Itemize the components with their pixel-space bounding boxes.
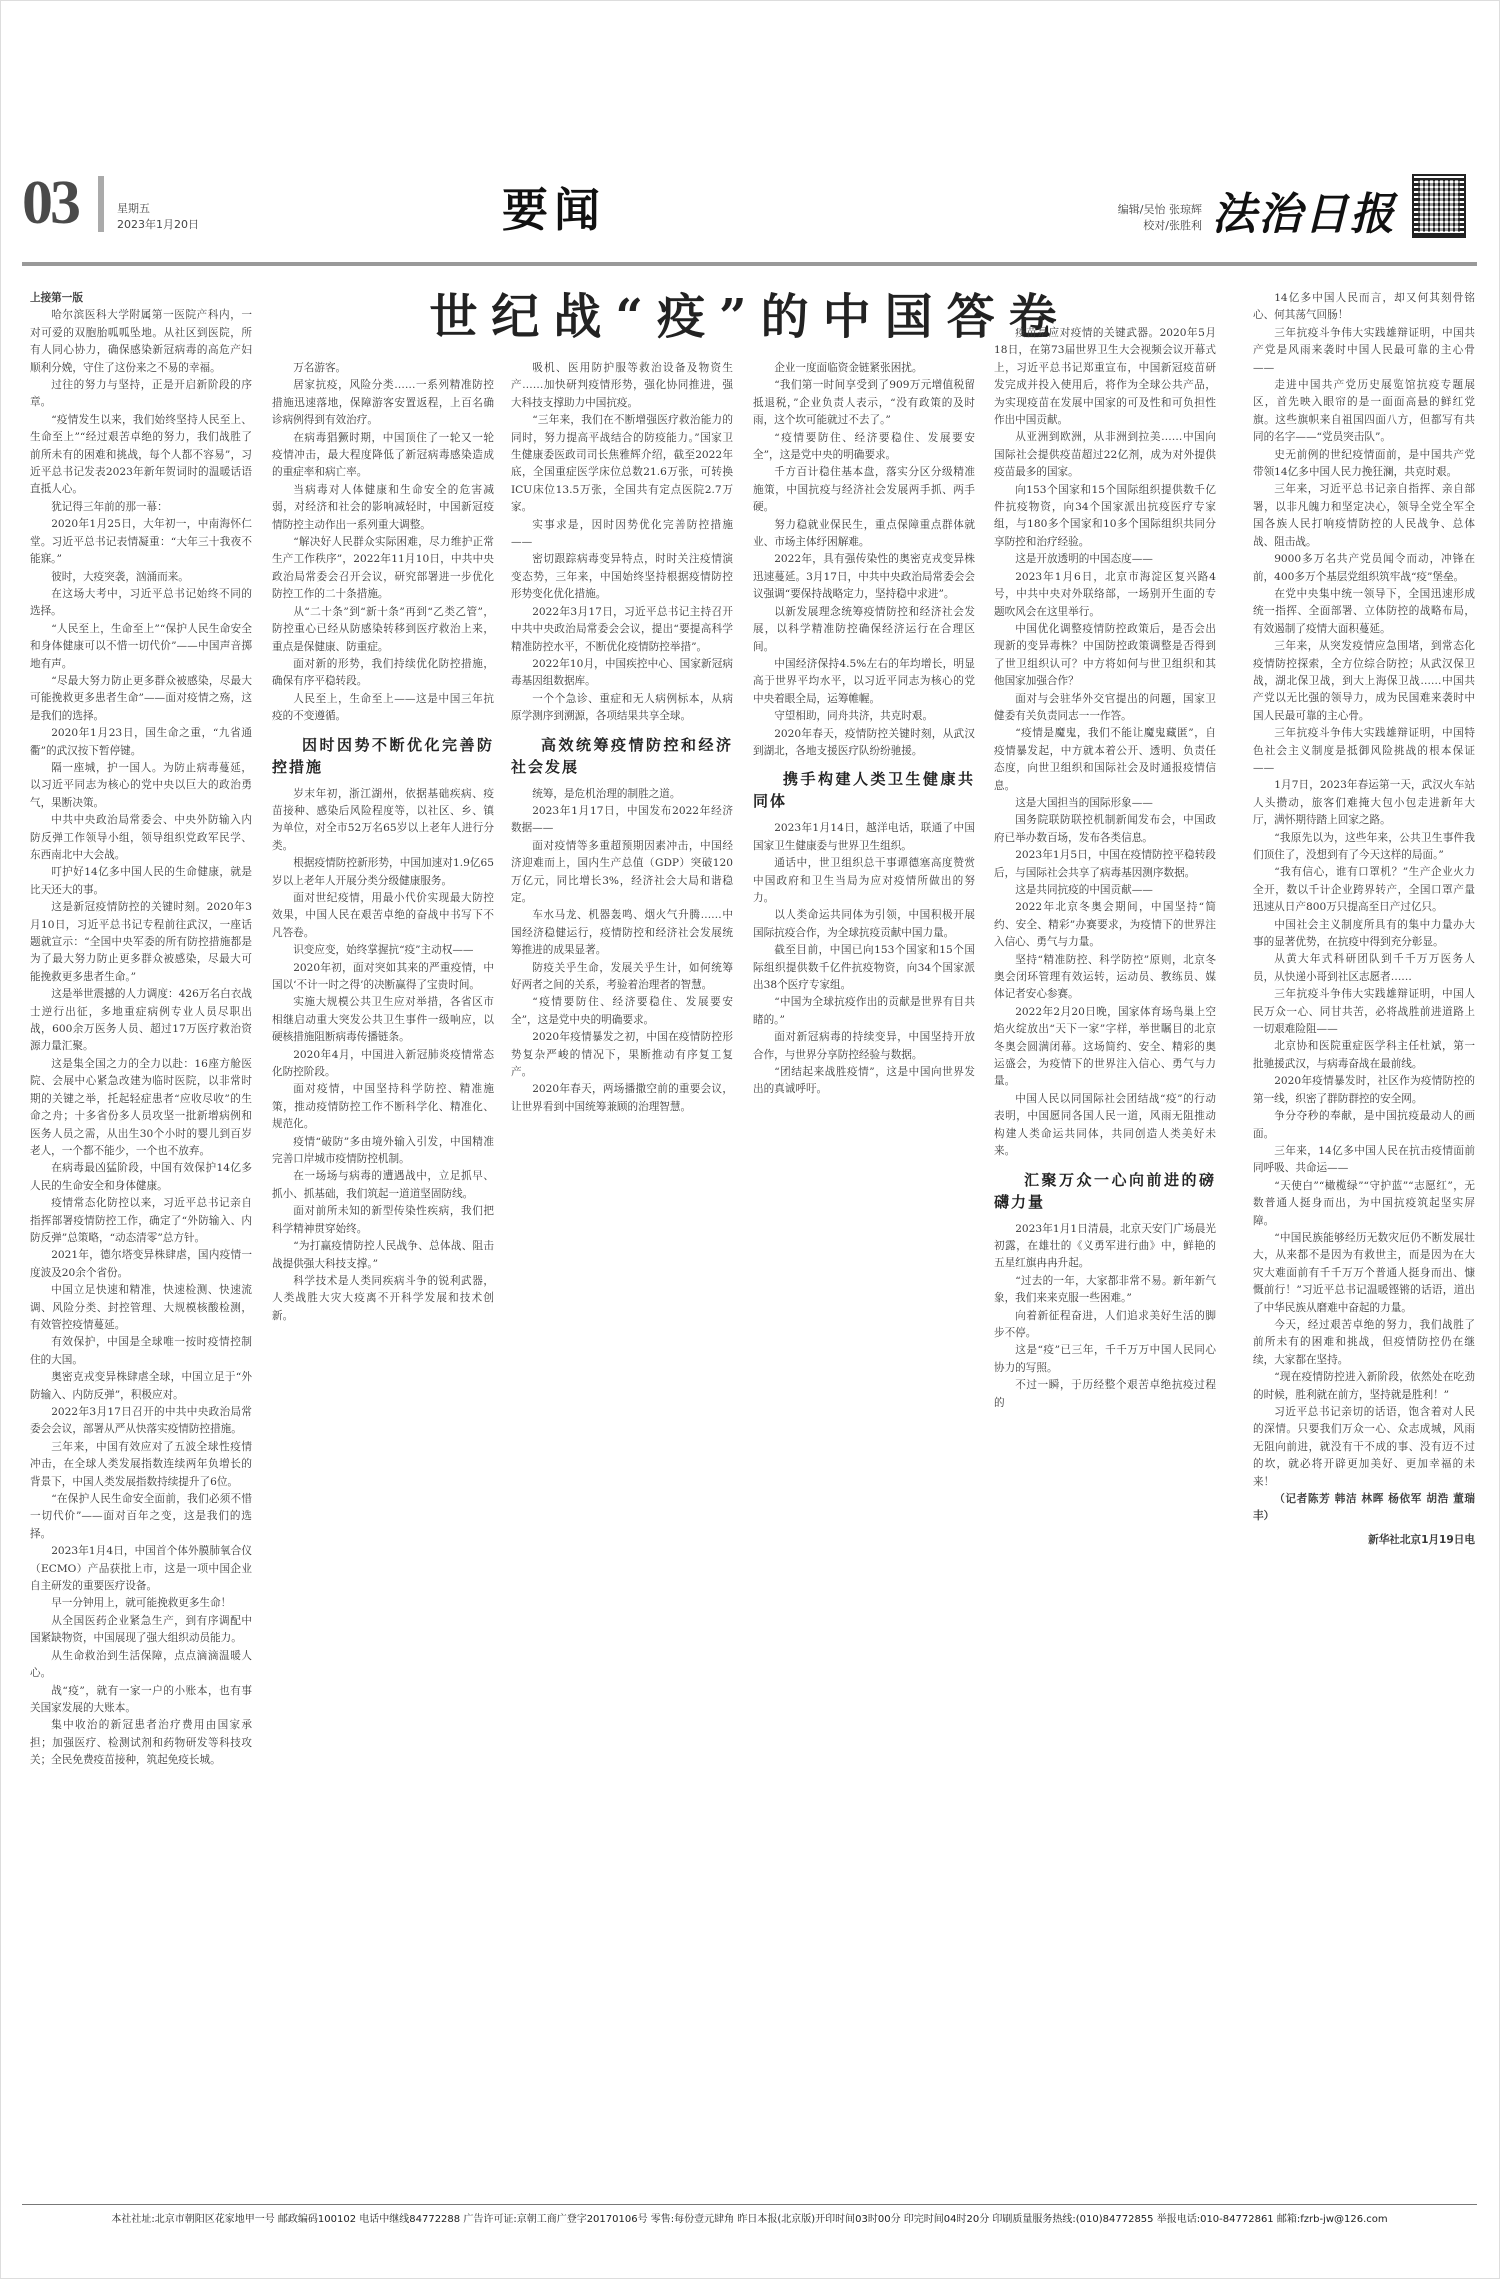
column-2: 万名游客。居家抗疫，风险分类……一系列精准防控措施迅速落地，保障游客安置返程，上… xyxy=(272,360,494,2190)
paragraph: 车水马龙、机器轰鸣、烟火气升腾……中国经济稳健运行，疫情防控和经济社会发展统筹推… xyxy=(511,907,733,959)
paragraph: “疫情要防住、经济要稳住、发展要安全”，这是党中央的明确要求。 xyxy=(753,430,975,465)
paragraph: 向着新征程奋进，人们追求美好生活的脚步不停。 xyxy=(994,1308,1216,1343)
column-3: 吸机、医用防护服等救治设备及物资生产……加快研判疫情形势，强化协同推进，强大科技… xyxy=(511,360,733,2190)
paragraph: “天使白”“橄榄绿”“守护蓝”“志愿红”，无数普通人挺身而出，为中国抗疫筑起坚实… xyxy=(1253,1178,1475,1230)
paragraph: “人民至上，生命至上”“保护人民生命安全和身体健康可以不惜一切代价”——中国声音… xyxy=(30,621,252,673)
paragraph: “三年来，我们在不断增强医疗救治能力的同时，努力提高平战结合的防疫能力。”国家卫… xyxy=(511,412,733,516)
paragraph: 三年来，中国有效应对了五波全球性疫情冲击，在全球人类发展指数连续两年负增长的背景… xyxy=(30,1439,252,1491)
paragraph: 三年抗疫斗争伟大实践雄辩证明，中国特色社会主义制度是抵御风险挑战的根本保证—— xyxy=(1253,725,1475,777)
paragraph: 面对新冠病毒的持续变异，中国坚持开放合作，与世界分享防控经验与数据。 xyxy=(753,1029,975,1064)
paragraph: 识变应变，始终掌握抗“疫”主动权—— xyxy=(272,942,494,959)
paragraph: 中国经济保持4.5%左右的年均增长，明显高于世界平均水平，以习近平同志为核心的党… xyxy=(753,656,975,708)
paragraph: 有效保护，中国是全球唯一按时疫情控制住的大国。 xyxy=(30,1334,252,1369)
paragraph: 面对疫情，中国坚持科学防控、精准施策，推动疫情防控工作不断科学化、精准化、规范化… xyxy=(272,1081,494,1133)
paragraph: 过往的努力与坚持，正是开启新阶段的序章。 xyxy=(30,377,252,412)
news-dateline: 新华社北京1月19日电 xyxy=(1253,1532,1475,1549)
paragraph: 战“疫”，就有一家一户的小账本，也有事关国家发展的大账本。 xyxy=(30,1683,252,1718)
paragraph: 科学技术是人类同疾病斗争的锐利武器，人类战胜大灾大疫离不开科学发展和技术创新。 xyxy=(272,1273,494,1325)
paragraph: 中国立足快速和精准，快速检测、快速流调、风险分类、封控管理、大规模核酸检测，有效… xyxy=(30,1282,252,1334)
paragraph: 从“二十条”到“新十条”再到“乙类乙管”，防控重心已经从防感染转移到医疗救治上来… xyxy=(272,604,494,656)
paragraph: 从亚洲到欧洲，从非洲到拉美……中国向国际社会提供疫苗超过22亿剂，成为对外提供疫… xyxy=(994,429,1216,481)
paragraph: 三年来，习近平总书记亲自指挥、亲自部署，以非凡魄力和坚定决心，领导全党全军全国各… xyxy=(1253,481,1475,551)
paragraph: 2020年初，面对突如其来的严重疫情，中国以‘不计一时之得’的决断赢得了宝贵时间… xyxy=(272,960,494,995)
paragraph: 这是“疫”已三年，千千万万中国人民同心协力的写照。 xyxy=(994,1342,1216,1377)
proofreader: 校对/张胜利 xyxy=(1022,218,1202,234)
paragraph: 疫情常态化防控以来，习近平总书记亲自指挥部署疫情防控工作，确定了“外防输入、内防… xyxy=(30,1195,252,1247)
paragraph: 守望相助，同舟共济，共克时艰。 xyxy=(753,708,975,725)
paragraph: 2020年春天，疫情防控关键时刻，从武汉到湖北，各地支援医疗队纷纷驰援。 xyxy=(753,726,975,761)
paragraphs: 统筹，是危机治理的制胜之道。2023年1月17日，中国发布2022年经济数据——… xyxy=(511,786,733,1117)
paragraph: 2020年1月25日，大年初一，中南海怀仁堂。习近平总书记表情凝重：“大年三十我… xyxy=(30,516,252,568)
paragraph: “疫情是魔鬼，我们不能让魔鬼藏匿”，自疫情暴发起，中方就本着公开、透明、负责任态… xyxy=(994,725,1216,795)
column-5: 疫苗是应对疫情的关键武器。2020年5月18日，在第73届世界卫生大会视频会议开… xyxy=(994,325,1216,2190)
paragraph: “中国民族能够经历无数灾厄仍不断发展壮大，从来都不是因为有救世主，而是因为在大灾… xyxy=(1253,1230,1475,1317)
paragraph: 截至目前，中国已向153个国家和15个国际组织提供数千亿件抗疫物资，向34个国家… xyxy=(753,942,975,994)
paragraph: 居家抗疫，风险分类……一系列精准防控措施迅速落地，保障游客安置返程，上百名确诊病… xyxy=(272,377,494,429)
paragraph: 2020年疫情暴发之初，中国在疫情防控形势复杂严峻的情况下，果断推动有序复工复产… xyxy=(511,1029,733,1081)
editor-credits: 编辑/吴怡 张琼辉 校对/张胜利 xyxy=(1022,202,1202,234)
paragraph: 2022年北京冬奥会期间，中国坚持“简约、安全、精彩”办赛要求，为疫情下的世界注… xyxy=(994,899,1216,951)
reporter-byline: （记者陈芳 韩洁 林晖 杨依军 胡浩 董瑞丰） xyxy=(1253,1491,1475,1526)
paragraph: 2022年，具有强传染性的奥密克戎变异株迅速蔓延。3月17日，中共中央政治局常委… xyxy=(753,551,975,603)
paragraphs: 万名游客。居家抗疫，风险分类……一系列精准防控措施迅速落地，保障游客安置返程，上… xyxy=(272,360,494,726)
paragraph: 以人类命运共同体为引领，中国积极开展国际抗疫合作，为全球抗疫贡献中国力量。 xyxy=(753,907,975,942)
paragraph: 奥密克戎变异株肆虐全球，中国立足于“外防输入、内防反弹”，积极应对。 xyxy=(30,1369,252,1404)
paragraph: 彼时，大疫突袭，汹涌而来。 xyxy=(30,569,252,586)
section-title: 要闻 xyxy=(502,174,606,240)
paragraph: 在病毒猖獗时期，中国顶住了一轮又一轮疫情冲击，最大程度降低了新冠病毒感染造成的重… xyxy=(272,430,494,482)
paragraph: 疫苗是应对疫情的关键武器。2020年5月18日，在第73届世界卫生大会视频会议开… xyxy=(994,325,1216,429)
paragraph: 企业一度面临资金链紧张困扰。 xyxy=(753,360,975,377)
paragraph: 哈尔滨医科大学附属第一医院产科内，一对可爱的双胞胎呱呱坠地。从社区到医院，所有人… xyxy=(30,307,252,377)
paragraph: 2021年，德尔塔变异株肆虐，国内疫情一度波及20余个省份。 xyxy=(30,1247,252,1282)
masthead-logo: 法治日报 xyxy=(1212,178,1396,242)
paragraph: “我们第一时间享受到了909万元增值税留抵退税，”企业负责人表示，“没有政策的及… xyxy=(753,377,975,429)
paragraph: 2020年疫情暴发时，社区作为疫情防控的第一线，织密了群防群控的安全网。 xyxy=(1253,1073,1475,1108)
paragraph: 千方百计稳住基本盘，落实分区分级精准施策，中国抗疫与经济社会发展两手抓、两手硬。 xyxy=(753,464,975,516)
paragraph: 疫情“破防”多由境外输入引发，中国精准完善口岸城市疫情防控机制。 xyxy=(272,1134,494,1169)
paragraph: 2020年1月23日，国生命之重，“九省通衢”的武汉按下暂停键。 xyxy=(30,725,252,760)
page-number: 03 xyxy=(22,172,78,234)
paragraph: 在党中央集中统一领导下，全国迅速形成统一指挥、全面部署、立体防控的战略布局，有效… xyxy=(1253,586,1475,638)
paragraph: 三年抗疫斗争伟大实践雄辩证明，中国人民万众一心、同甘共苦，必将战胜前进道路上一切… xyxy=(1253,986,1475,1038)
paragraph: 2020年春天，两场播撒空前的重要会议，让世界看到中国统筹兼顾的治理智慧。 xyxy=(511,1081,733,1116)
paragraph: 统筹，是危机治理的制胜之道。 xyxy=(511,786,733,803)
paragraph: 当病毒对人体健康和生命安全的危害减弱，对经济和社会的影响减轻时，中国新冠疫情防控… xyxy=(272,482,494,534)
paragraph: 走进中国共产党历史展览馆抗疫专题展区，首先映入眼帘的是一面面高悬的鲜红党旗。这些… xyxy=(1253,377,1475,447)
paragraph: 根据疫情防控新形势，中国加速对1.9亿65岁以上老年人开展分类分级健康服务。 xyxy=(272,855,494,890)
paragraphs: 岁末年初，浙江湖州，依据基础疾病、疫苗接种、感染后风险程度等，以社区、乡、镇为单… xyxy=(272,786,494,1326)
paragraph: 14亿多中国人民而言，却又何其刻骨铭心、何其荡气回肠！ xyxy=(1253,290,1475,325)
paragraph: 犹记得三年前的那一幕： xyxy=(30,499,252,516)
paragraph: 中国社会主义制度所具有的集中力量办大事的显著优势，在抗疫中得到充分彰显。 xyxy=(1253,917,1475,952)
paragraph: 中国优化调整疫情防控政策后，是否会出现新的变异毒株？中国防控政策调整是否得到了世… xyxy=(994,621,1216,691)
paragraph: “过去的一年，大家都非常不易。新年新气象，我们来来克服一些困难。” xyxy=(994,1273,1216,1308)
paragraph: 2023年1月17日，中国发布2022年经济数据—— xyxy=(511,803,733,838)
paragraph: 2023年1月6日，北京市海淀区复兴路4号，中共中央对外联络部，一场别开生面的专… xyxy=(994,569,1216,621)
paragraph: 防疫关乎生命，发展关乎生计，如何统筹好两者之间的关系，考验着治理者的智慧。 xyxy=(511,960,733,995)
paragraph: 2023年1月1日清晨，北京天安门广场晨光初露，在雄壮的《义勇军进行曲》中，鲜艳… xyxy=(994,1221,1216,1273)
paragraphs: 疫苗是应对疫情的关键武器。2020年5月18日，在第73届世界卫生大会视频会议开… xyxy=(994,325,1216,1161)
paragraph: “我原先以为，这些年来，公共卫生事件我们顶住了，没想到有了今天这样的局面。” xyxy=(1253,830,1475,865)
paragraph: 面对新的形势，我们持续优化防控措施，确保有序平稳转段。 xyxy=(272,656,494,691)
paragraph: 这是举世震撼的人力调度：426万名白衣战士逆行出征，多地重症病例专业人员尽职出战… xyxy=(30,986,252,1056)
paragraph: 中共中央政治局常委会、中央外防输入内防反弹工作领导小组，领导组织党政军民学、东西… xyxy=(30,812,252,864)
paragraph: 岁末年初，浙江湖州，依据基础疾病、疫苗接种、感染后风险程度等，以社区、乡、镇为单… xyxy=(272,786,494,856)
paragraph: “为打赢疫情防控人民战争、总体战、阻击战提供强大科技支撑。” xyxy=(272,1238,494,1273)
page-header: 03 星期五 2023年1月20日 要闻 编辑/吴怡 张琼辉 校对/张胜利 法治… xyxy=(22,170,1477,250)
paragraph: 人民至上，生命至上——这是中国三年抗疫的不变遵循。 xyxy=(272,691,494,726)
paragraph: “中国为全球抗疫作出的贡献是世界有目共睹的。” xyxy=(753,994,975,1029)
paragraph: 2022年10月，中国疾控中心、国家新冠病毒基因组数据库。 xyxy=(511,656,733,691)
paragraph: 2022年3月17日，习近平总书记主持召开中共中央政治局常委会会议，提出“要提高… xyxy=(511,604,733,656)
paragraph: 北京协和医院重症医学科主任杜斌，第一批驰援武汉，与病毒奋战在最前线。 xyxy=(1253,1038,1475,1073)
paragraph: 这是开放透明的中国态度—— xyxy=(994,551,1216,568)
paragraphs: 2023年1月1日清晨，北京天安门广场晨光初露，在雄壮的《义勇军进行曲》中，鲜艳… xyxy=(994,1221,1216,1412)
paragraph: “疫情发生以来，我们始终坚持人民至上、生命至上”“经过艰苦卓绝的努力，我们战胜了… xyxy=(30,412,252,499)
paragraph: 向153个国家和15个国际组织提供数千亿件抗疫物资，向34个国家派出抗疫医疗专家… xyxy=(994,482,1216,552)
paragraph: 这是新冠疫情防控的关键时刻。2020年3月10日，习近平总书记专程前往武汉，一座… xyxy=(30,899,252,986)
paragraph: “疫情要防住、经济要稳住、发展要安全”，这是党中央的明确要求。 xyxy=(511,994,733,1029)
paragraph: 2023年1月4日，中国首个体外膜肺氧合仪（ECMO）产品获批上市，这是一项中国… xyxy=(30,1543,252,1595)
column-6: 14亿多中国人民而言，却又何其刻骨铭心、何其荡气回肠！三年抗疫斗争伟大实践雄辩证… xyxy=(1253,290,1475,2190)
paragraph: 努力稳就业保民生，重点保障重点群体就业、市场主体纾困解难。 xyxy=(753,517,975,552)
continued-from-label: 上接第一版 xyxy=(30,290,252,307)
paragraph: 叮护好14亿多中国人民的生命健康，就是比天还大的事。 xyxy=(30,864,252,899)
weekday: 星期五 xyxy=(117,200,150,216)
paragraphs: 吸机、医用防护服等救治设备及物资生产……加快研判疫情形势，强化协同推进，强大科技… xyxy=(511,360,733,726)
paragraph: 面对疫情等多重超预期因素冲击，中国经济迎难而上，国内生产总值（GDP）突破120… xyxy=(511,838,733,908)
paragraph: 这是共同抗疫的中国贡献—— xyxy=(994,882,1216,899)
paragraph: 2023年1月5日，中国在疫情防控平稳转段后，与国际社会共享了病毒基因测序数据。 xyxy=(994,847,1216,882)
paragraph: “团结起来战胜疫情”，这是中国向世界发出的真诚呼吁。 xyxy=(753,1064,975,1099)
paragraph: 2023年1月14日，越洋电话，联通了中国国家卫生健康委与世界卫生组织。 xyxy=(753,820,975,855)
qr-code-icon[interactable] xyxy=(1412,174,1466,238)
paragraph: 三年来，从突发疫情应急围堵，到常态化疫情防控探索，全方位综合防控；从武汉保卫战，… xyxy=(1253,638,1475,725)
paragraph: 在一场场与病毒的遭遇战中，立足抓早、抓小、抓基础，我们筑起一道道坚固防线。 xyxy=(272,1168,494,1203)
paragraphs: 14亿多中国人民而言，却又何其刻骨铭心、何其荡气回肠！三年抗疫斗争伟大实践雄辩证… xyxy=(1253,290,1475,1491)
subheading-economy: 高效统筹疫情防控和经济社会发展 xyxy=(511,734,733,778)
paragraph: 密切跟踪病毒变异特点，时时关注疫情演变态势，三年来，中国始终坚持根据疫情防控形势… xyxy=(511,551,733,603)
paragraph: 史无前例的世纪疫情面前，是中国共产党带领14亿多中国人民力挽狂澜，共克时艰。 xyxy=(1253,447,1475,482)
paragraph: 9000多万名共产党员闻令而动，冲锋在前，400多万个基层党组织筑牢战“疫”堡垒… xyxy=(1253,551,1475,586)
paragraph: 三年来，14亿多中国人民在抗击疫情面前同呼吸、共命运—— xyxy=(1253,1143,1475,1178)
paragraph: 在这场大考中，习近平总书记始终不同的选择。 xyxy=(30,586,252,621)
paragraph: 这是大国担当的国际形象—— xyxy=(994,795,1216,812)
paragraph: 这是集全国之力的全力以赴：16座方舱医院、会展中心紧急改建为临时医院，以非常时期… xyxy=(30,1056,252,1160)
column-1: 上接第一版 哈尔滨医科大学附属第一医院产科内，一对可爱的双胞胎呱呱坠地。从社区到… xyxy=(30,290,252,2190)
paragraph: 面对与会驻华外交官提出的问题，国家卫健委有关负责同志一一作答。 xyxy=(994,691,1216,726)
paragraph: 1月7日，2023年春运第一天，武汉火车站人头攒动，旅客们难掩大包小包走进新年大… xyxy=(1253,777,1475,829)
subheading-global-health: 携手构建人类卫生健康共同体 xyxy=(753,768,975,812)
paragraph: “在保护人民生命安全面前，我们必须不惜一切代价”——面对百年之变，这是我们的选择… xyxy=(30,1491,252,1543)
footer-rule xyxy=(22,2204,1477,2205)
paragraph: 通话中，世卫组织总干事谭德塞高度赞赏中国政府和卫生当局为应对疫情所做出的努力。 xyxy=(753,855,975,907)
paragraph: 2020年4月，中国进入新冠肺炎疫情常态化防控阶段。 xyxy=(272,1047,494,1082)
paragraph: 从生命救治到生活保障，点点滴滴温暖人心。 xyxy=(30,1648,252,1683)
paragraph: 早一分钟用上，就可能挽救更多生命！ xyxy=(30,1595,252,1612)
publisher-footer: 本社社址:北京市朝阳区花家地甲一号 邮政编码100102 电话中继线847722… xyxy=(22,2210,1477,2225)
subheading-optimize-measures: 因时因势不断优化完善防控措施 xyxy=(272,734,494,778)
paragraph: 在病毒最凶猛阶段，中国有效保护14亿多人民的生命安全和身体健康。 xyxy=(30,1160,252,1195)
paragraph: 争分夺秒的奉献，是中国抗疫最动人的画面。 xyxy=(1253,1108,1475,1143)
paragraph: “现在疫情防控进入新阶段，依然处在吃劲的时候，胜利就在前方，坚持就是胜利！” xyxy=(1253,1369,1475,1404)
paragraph: 不过一瞬，于历经整个艰苦卓绝抗疫过程的 xyxy=(994,1377,1216,1412)
paragraph: 以新发展理念统筹疫情防控和经济社会发展，以科学精准防控确保经济运行在合理区间。 xyxy=(753,604,975,656)
paragraph: 吸机、医用防护服等救治设备及物资生产……加快研判疫情形势，强化协同推进，强大科技… xyxy=(511,360,733,412)
paragraph: 万名游客。 xyxy=(272,360,494,377)
header-rule xyxy=(22,262,1477,266)
paragraph: 从全国医药企业紧急生产，到有序调配中国紧缺物资，中国展现了强大组织动员能力。 xyxy=(30,1613,252,1648)
paragraph: 面对世纪疫情，用最小代价实现最大防控效果，中国人民在艰苦卓绝的奋战中书写下不凡答… xyxy=(272,890,494,942)
paragraph: 习近平总书记亲切的话语，饱含着对人民的深情。只要我们万众一心、众志成城，风雨无阻… xyxy=(1253,1404,1475,1491)
issue-date: 2023年1月20日 xyxy=(117,216,199,232)
column-4: 企业一度面临资金链紧张困扰。“我们第一时间享受到了909万元增值税留抵退税，”企… xyxy=(753,360,975,2190)
paragraph: 今天，经过艰苦卓绝的努力，我们战胜了前所未有的困难和挑战，但疫情防控仍在继续，大… xyxy=(1253,1317,1475,1369)
paragraphs: 企业一度面临资金链紧张困扰。“我们第一时间享受到了909万元增值税留抵退税，”企… xyxy=(753,360,975,760)
paragraph: 2022年2月20日晚，国家体育场鸟巢上空焰火绽放出“天下一家”字样，举世瞩目的… xyxy=(994,1004,1216,1091)
paragraph: 一个个急诊、重症和无人病例标本，从病原学测序到溯源，各项结果共享全球。 xyxy=(511,691,733,726)
subheading-unity: 汇聚万众一心向前进的磅礴力量 xyxy=(994,1169,1216,1213)
paragraph: 面对前所未知的新型传染性疾病，我们把科学精神贯穿始终。 xyxy=(272,1203,494,1238)
paragraph: “解决好人民群众实际困难，尽力维护正常生产工作秩序”，2022年11月10日，中… xyxy=(272,534,494,604)
paragraphs: 哈尔滨医科大学附属第一医院产科内，一对可爱的双胞胎呱呱坠地。从社区到医院，所有人… xyxy=(30,307,252,1769)
paragraph: 坚持“精准防控、科学防控”原则，北京冬奥会闭环管理有效运转，运动员、教练员、媒体… xyxy=(994,952,1216,1004)
paragraph: 实事求是，因时因势优化完善防控措施—— xyxy=(511,517,733,552)
paragraph: 2022年3月17日召开的中共中央政治局常委会会议，部署从严从快落实疫情防控措施… xyxy=(30,1404,252,1439)
paragraph: 三年抗疫斗争伟大实践雄辩证明，中国共产党是风雨来袭时中国人民最可靠的主心骨—— xyxy=(1253,325,1475,377)
paragraph: 国务院联防联控机制新闻发布会，中国政府已举办数百场，发布各类信息。 xyxy=(994,812,1216,847)
paragraph: “我有信心，谁有口罩机？”生产企业火力全开，数以千计企业跨界转产，全国口罩产量迅… xyxy=(1253,864,1475,916)
paragraphs: 2023年1月14日，越洋电话，联通了中国国家卫生健康委与世界卫生组织。通话中，… xyxy=(753,820,975,1099)
paragraph: 从黄大年式科研团队到千千万万医务人员，从快递小哥到社区志愿者…… xyxy=(1253,951,1475,986)
paragraph: 中国人民以同国际社会团结战“疫”的行动表明，中国愿同各国人民一道，风雨无阻推动构… xyxy=(994,1091,1216,1161)
paragraph: 实施大规模公共卫生应对举措，各省区市相继启动重大突发公共卫生事件一级响应，以硬核… xyxy=(272,994,494,1046)
page-number-divider xyxy=(98,176,104,232)
paragraph: “尽最大努力防止更多群众被感染，尽最大可能挽救更多患者生命”——面对疫情之殇，这… xyxy=(30,673,252,725)
paragraph: 隔一座城，护一国人。为防止病毒蔓延，以习近平同志为核心的党中央以巨大的政治勇气，… xyxy=(30,760,252,812)
paragraph: 集中收治的新冠患者治疗费用由国家承担；加强医疗、检测试剂和药物研发等科技攻关；全… xyxy=(30,1717,252,1769)
editors: 编辑/吴怡 张琼辉 xyxy=(1022,202,1202,218)
